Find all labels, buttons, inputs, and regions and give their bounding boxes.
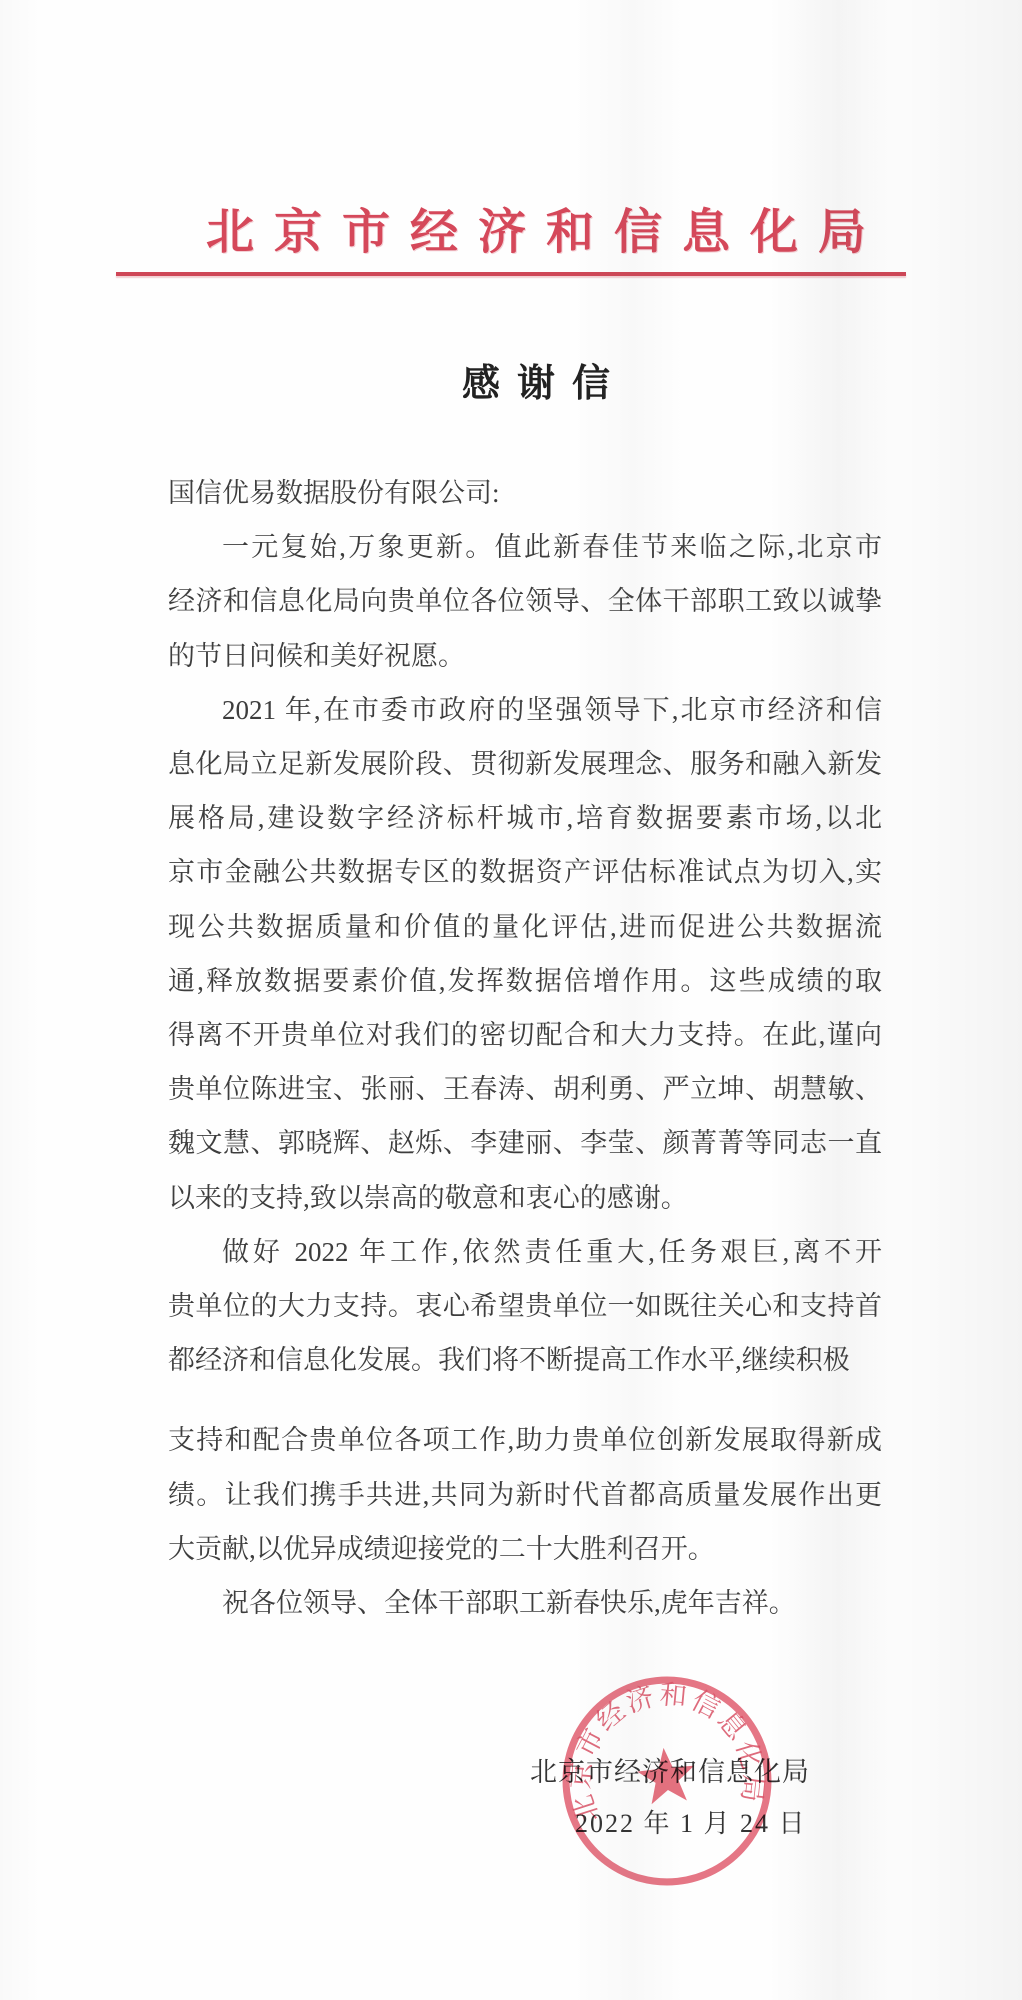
letter-line: 的节日问候和美好祝愿。 bbox=[168, 629, 882, 683]
letter-line: 祝各位领导、全体干部职工新春快乐,虎年吉祥。 bbox=[168, 1576, 882, 1630]
paragraph: 一元复始,万象更新。值此新春佳节来临之际,北京市经济和信息化局向贵单位各位领导、… bbox=[168, 520, 882, 683]
paragraph: 2021 年,在市委市政府的坚强领导下,北京市经济和信息化局立足新发展阶段、贯彻… bbox=[168, 683, 882, 1225]
letter-title: 感谢信 bbox=[462, 352, 627, 407]
letter-line: 做好 2022 年工作,依然责任重大,任务艰巨,离不开 bbox=[168, 1225, 882, 1279]
letter-line: 魏文慧、郭晓辉、赵烁、李建丽、李莹、颜菁菁等同志一直 bbox=[168, 1116, 882, 1170]
paragraph: 做好 2022 年工作,依然责任重大,任务艰巨,离不开贵单位的大力支持。衷心希望… bbox=[168, 1225, 882, 1388]
salutation: 国信优易数据股份有限公司: bbox=[168, 466, 882, 520]
letter-page: 北京市经济和信息化局 感谢信 国信优易数据股份有限公司: 一元复始,万象更新。值… bbox=[0, 0, 1022, 2000]
letterhead-org-name: 北京市经济和信息化局 bbox=[206, 193, 886, 262]
letterhead-rule bbox=[116, 272, 906, 276]
letter-line: 贵单位陈进宝、张丽、王春涛、胡利勇、严立坤、胡慧敏、 bbox=[168, 1062, 882, 1116]
paragraph: 祝各位领导、全体干部职工新春快乐,虎年吉祥。 bbox=[168, 1576, 882, 1630]
letter-body: 国信优易数据股份有限公司: 一元复始,万象更新。值此新春佳节来临之际,北京市经济… bbox=[168, 466, 882, 1630]
letter-line: 经济和信息化局向贵单位各位领导、全体干部职工致以诚挚 bbox=[168, 574, 882, 628]
letter-line: 通,释放数据要素价值,发挥数据倍增作用。这些成绩的取 bbox=[168, 954, 882, 1008]
letter-line: 都经济和信息化发展。我们将不断提高工作水平,继续积极 bbox=[168, 1333, 882, 1387]
letter-line: 2021 年,在市委市政府的坚强领导下,北京市经济和信 bbox=[168, 683, 882, 737]
letter-line: 一元复始,万象更新。值此新春佳节来临之际,北京市 bbox=[168, 520, 882, 574]
seal-star-icon bbox=[635, 1745, 698, 1806]
letter-line: 支持和配合贵单位各项工作,助力贵单位创新发展取得新成 bbox=[168, 1413, 882, 1467]
letter-line: 得离不开贵单位对我们的密切配合和大力支持。在此,谨向 bbox=[168, 1008, 882, 1062]
letter-line: 大贡献,以优异成绩迎接党的二十大胜利召开。 bbox=[168, 1522, 882, 1576]
letter-line: 贵单位的大力支持。衷心希望贵单位一如既往关心和支持首 bbox=[168, 1279, 882, 1333]
official-seal-icon: 北京市经济和信息化局 bbox=[547, 1661, 787, 1901]
letter-line: 绩。让我们携手共进,共同为新时代首都高质量发展作出更 bbox=[168, 1468, 882, 1522]
letter-line: 以来的支持,致以崇高的敬意和衷心的感谢。 bbox=[168, 1171, 882, 1225]
letter-line: 现公共数据质量和价值的量化评估,进而促进公共数据流 bbox=[168, 900, 882, 954]
letter-line: 息化局立足新发展阶段、贯彻新发展理念、服务和融入新发 bbox=[168, 737, 882, 791]
paragraph: 支持和配合贵单位各项工作,助力贵单位创新发展取得新成绩。让我们携手共进,共同为新… bbox=[168, 1413, 882, 1576]
letter-line: 京市金融公共数据专区的数据资产评估标准试点为切入,实 bbox=[168, 845, 882, 899]
letter-line: 展格局,建设数字经济标杆城市,培育数据要素市场,以北 bbox=[168, 791, 882, 845]
